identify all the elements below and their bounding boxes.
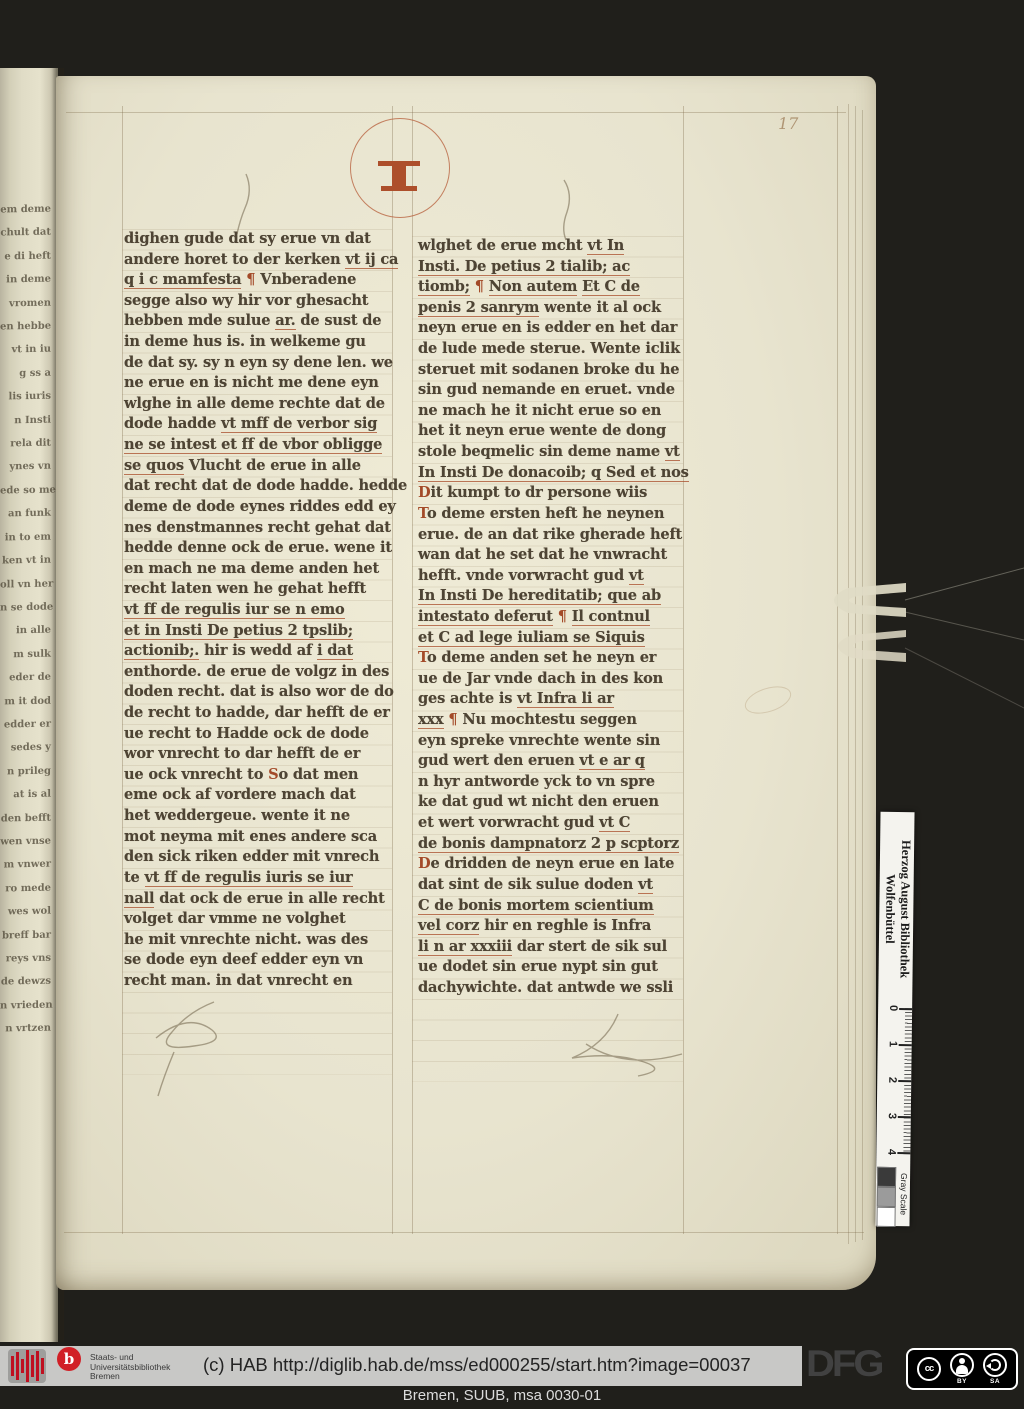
ruler-major-tick <box>899 1008 912 1010</box>
ruler-number: 0 <box>887 1005 899 1011</box>
ruler-major-tick <box>897 1152 910 1154</box>
image-caption: Bremen, SUUB, msa 0030-01 <box>262 1387 742 1404</box>
library-name-line: Bremen <box>90 1372 170 1382</box>
cc-by-icon: BY <box>950 1353 974 1385</box>
suub-library-name: Staats- undUniversitätsbibliothekBremen <box>90 1353 170 1382</box>
ruler-major-tick <box>899 1044 912 1046</box>
cc-sa-icon: SA <box>983 1353 1007 1385</box>
light-streaks <box>905 568 1024 708</box>
logo-stripe <box>26 1350 29 1382</box>
gray-scale-swatches <box>876 1167 896 1227</box>
ruler-number: 1 <box>887 1041 899 1047</box>
logo-stripe <box>11 1356 14 1376</box>
logo-stripe <box>21 1359 24 1373</box>
ruler-number: 4 <box>885 1149 897 1155</box>
logo-stripe <box>31 1355 34 1377</box>
digitized-manuscript-photo: { "folio": {"number": "17"}, "colors": {… <box>0 0 1024 1409</box>
cc-icon: cc <box>917 1357 941 1381</box>
logo-stripe <box>36 1351 39 1381</box>
copyright-url: (c) HAB http://diglib.hab.de/mss/ed00025… <box>203 1354 751 1376</box>
page-holder <box>834 583 906 662</box>
gray-scale-swatch <box>877 1167 896 1187</box>
gray-scale: Gray Scale <box>875 1164 910 1224</box>
page-holder-overlay <box>0 0 1024 1409</box>
ruler-major-tick <box>898 1116 911 1118</box>
color-ruler: Herzog August Bibliothek Wolfenbüttel 01… <box>875 812 914 1226</box>
gray-scale-label: Gray Scale <box>898 1164 909 1224</box>
ruler-scale: 01234 <box>876 1008 912 1168</box>
ruler-number: 2 <box>886 1077 898 1083</box>
gray-scale-swatch <box>876 1207 895 1227</box>
suub-stripes-logo <box>8 1349 46 1383</box>
cc-license-badge: cc BY SA <box>906 1348 1018 1390</box>
dfg-logo: DFG <box>806 1344 881 1385</box>
footer-bar: b Staats- undUniversitätsbibliothekBreme… <box>0 1346 802 1386</box>
logo-stripe <box>41 1358 44 1374</box>
logo-stripe <box>16 1352 19 1380</box>
suub-b-logo: b <box>57 1347 81 1371</box>
ruler-title: Herzog August Bibliothek Wolfenbüttel <box>879 814 913 1004</box>
gray-scale-swatch <box>877 1187 896 1207</box>
ruler-major-tick <box>898 1080 911 1082</box>
ruler-number: 3 <box>886 1113 898 1119</box>
